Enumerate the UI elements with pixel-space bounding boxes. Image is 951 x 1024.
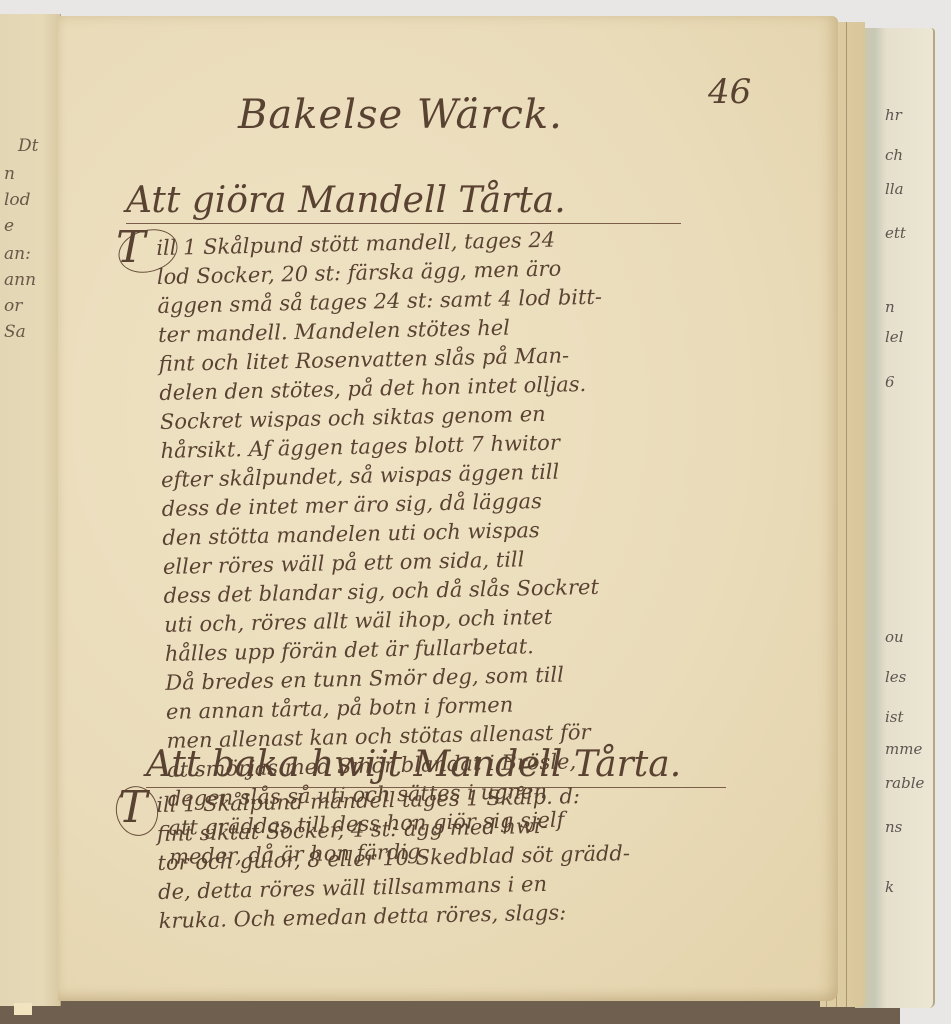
recipe-title: Att baka hwijt Mandell Tårta.	[146, 744, 726, 788]
recipe-title: Att giöra Mandell Tårta.	[126, 180, 681, 224]
edge-text: rable	[885, 774, 924, 792]
edge-text: ou	[885, 628, 904, 646]
edge-text: ns	[885, 818, 902, 836]
edge-text: ist	[885, 708, 904, 726]
left-margin-text: Sa	[4, 322, 26, 342]
edge-text: lla	[885, 180, 904, 198]
left-page: Dt n lod e an: ann or Sa	[0, 14, 61, 1006]
edge-text: mme	[885, 740, 922, 758]
right-page-edges: hr ch lla ett n lel 6 ou les ist mme rab…	[855, 28, 935, 1008]
recipe-initial: T	[116, 222, 145, 273]
left-margin-text: an:	[4, 244, 31, 264]
recipe-initial: T	[118, 782, 147, 833]
edge-text: hr	[885, 106, 902, 124]
left-margin-text: e	[4, 216, 14, 236]
recipe-body: ill 1 Skålpund mandell tages 1 Skålp. d:…	[156, 781, 631, 936]
edge-text: ett	[885, 224, 906, 242]
page-number: 46	[708, 72, 751, 112]
left-margin-text: or	[4, 296, 22, 316]
manuscript-scan: Dt n lod e an: ann or Sa hr ch lla ett n…	[0, 0, 951, 1024]
left-margin-text: ann	[4, 270, 36, 290]
edge-text: lel	[885, 328, 903, 346]
edge-text: ch	[885, 146, 903, 164]
left-margin-text: lod	[4, 190, 31, 210]
edge-text: k	[885, 878, 894, 896]
edge-text: n	[885, 298, 895, 316]
left-margin-text: n	[4, 164, 15, 184]
page-tab	[14, 1003, 32, 1015]
section-title: Bakelse Wärck.	[238, 92, 563, 138]
edge-text: 6	[885, 373, 895, 391]
left-margin-text: Dt	[18, 136, 38, 156]
main-page: Bakelse Wärck. 46 Att giöra Mandell Tårt…	[58, 16, 838, 1001]
edge-text: les	[885, 668, 906, 686]
